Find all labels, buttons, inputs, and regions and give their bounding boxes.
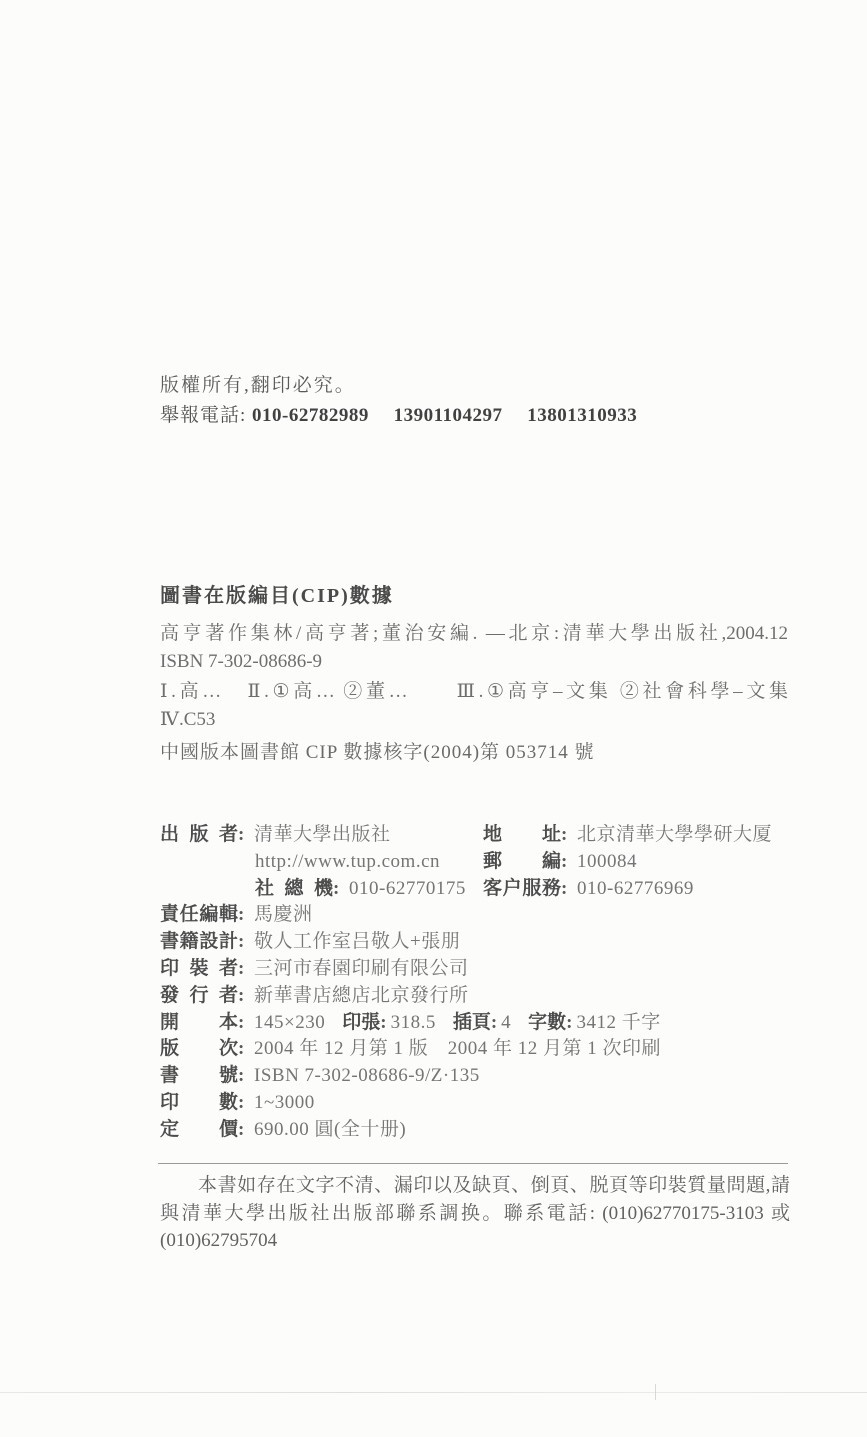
colophon-row-left: 印裝者:三河市春園印刷有限公司 (160, 956, 469, 983)
colophon-value: http://www.tup.com.cn (255, 851, 440, 872)
colophon-value: 010-62776969 (577, 878, 694, 899)
colophon-row-left: 發行者:新華書店總店北京發行所 (160, 983, 469, 1010)
cip-entry-block: 高亨著作集林/高亨著;董治安編. —北京:清華大學出版社,2004.12 ISB… (160, 620, 788, 676)
colophon-label: 責任編輯 (160, 902, 238, 929)
colophon-label: 出版者 (160, 822, 238, 849)
colophon-label: 書籍設計 (160, 929, 238, 956)
scan-artifact-tick (655, 1384, 656, 1400)
colophon-row-left: 開本:145×230印張:318.5插頁:4字數:3412 千字 (160, 1010, 661, 1037)
colophon-colon: : (238, 983, 254, 1010)
colophon-colon: : (238, 1090, 254, 1117)
colophon-colon: : (238, 822, 254, 849)
cip-heading: 圖書在版編目(CIP)數據 (160, 579, 394, 608)
colophon-value: 100084 (577, 851, 637, 872)
quality-notice-line: 與清華大學出版社出版部聯系調换。聯系電話: (010)62770175-3103… (160, 1200, 790, 1228)
colophon-row: http://www.tup.com.cn 郵編:100084 (160, 849, 788, 876)
cip-classification-line: Ⅰ.高… Ⅱ.①高… ②董… Ⅲ.①高亨–文集 ②社會科學–文集 (160, 678, 788, 706)
report-hotline-line: 舉報電話: 010-62782989 13901104297 138013109… (160, 401, 800, 431)
colophon-row: 版次:2004 年 12 月第 1 版 2004 年 12 月第 1 次印刷 (160, 1036, 788, 1063)
scan-artifact-line (0, 1392, 867, 1393)
cip-record-line: 中國版本圖書館 CIP 數據核字(2004)第 053714 號 (160, 737, 595, 764)
copyright-page: 版權所有,翻印必究。 舉報電話: 010-62782989 1390110429… (0, 0, 867, 1437)
colophon-value: 三河市春園印刷有限公司 (254, 958, 469, 979)
colophon-row: 定價:690.00 圓(全十册) (160, 1117, 788, 1144)
colophon-value: 2004 年 12 月第 1 版 2004 年 12 月第 1 次印刷 (254, 1038, 661, 1059)
colophon-row-right: 客户服務:010-62776969 (483, 876, 694, 903)
colophon-row-left: 定價:690.00 圓(全十册) (160, 1117, 406, 1144)
colophon-row: 書籍設計:敬人工作室吕敬人+張朋 (160, 929, 788, 956)
colophon-label: 書號 (160, 1063, 238, 1090)
colophon-colon: : (566, 1012, 572, 1033)
colophon-colon: : (238, 1117, 254, 1144)
colophon-colon: : (561, 849, 577, 876)
colophon-value: 敬人工作室吕敬人+張朋 (254, 931, 460, 952)
colophon-label: 印數 (160, 1090, 238, 1117)
colophon-row: 發行者:新華書店總店北京發行所 (160, 983, 788, 1010)
cip-classification-number: Ⅳ.C53 (160, 706, 788, 734)
colophon-label: 開本 (160, 1010, 238, 1037)
colophon-value: 1~3000 (254, 1092, 315, 1113)
colophon-row-left: 社總機:010-62770175 (160, 876, 466, 903)
colophon-colon: : (333, 876, 349, 903)
colophon-label: 印裝者 (160, 956, 238, 983)
colophon-label: 定價 (160, 1117, 238, 1144)
quality-notice-line: 本書如存在文字不清、漏印以及缺頁、倒頁、脱頁等印裝質量問題,請 (160, 1172, 790, 1200)
colophon-row-left: 書號:ISBN 7-302-08686-9/Z·135 (160, 1063, 480, 1090)
colophon-row: 印數:1~3000 (160, 1090, 788, 1117)
colophon-rows: 出版者:清華大學出版社 地址:北京清華大學學研大厦 http://www.tup… (160, 822, 788, 1144)
colophon-row: 出版者:清華大學出版社 地址:北京清華大學學研大厦 (160, 822, 788, 849)
quality-notice-line: (010)62795704 (160, 1227, 790, 1255)
colophon-label: 版次 (160, 1036, 238, 1063)
colophon-colon: : (561, 876, 577, 903)
colophon-row-right: 地址:北京清華大學學研大厦 (483, 822, 772, 849)
quality-notice-block: 本書如存在文字不清、漏印以及缺頁、倒頁、脱頁等印裝質量問題,請 與清華大學出版社… (160, 1172, 790, 1255)
colophon-value: 馬慶洲 (254, 904, 313, 925)
report-hotline-numbers: 010-62782989 13901104297 13801310933 (252, 405, 637, 426)
colophon-inline-field: 字數:3412 千字 (528, 1012, 661, 1033)
colophon-label: 社總機 (255, 876, 333, 903)
colophon-row-left: http://www.tup.com.cn (160, 849, 440, 876)
colophon-row: 印裝者:三河市春園印刷有限公司 (160, 956, 788, 983)
colophon-colon: : (380, 1012, 386, 1033)
colophon-colon: : (561, 822, 577, 849)
colophon-row-left: 書籍設計:敬人工作室吕敬人+張朋 (160, 929, 460, 956)
colophon-value: 北京清華大學學研大厦 (577, 824, 772, 845)
colophon-label: 字數 (528, 1012, 566, 1033)
colophon-label: 發行者 (160, 983, 238, 1010)
colophon-value: 010-62770175 (349, 878, 466, 899)
copyright-statement: 版權所有,翻印必究。 (160, 371, 800, 401)
cip-classification-block: Ⅰ.高… Ⅱ.①高… ②董… Ⅲ.①高亨–文集 ②社會科學–文集 Ⅳ.C53 (160, 678, 788, 734)
colophon-value: 318.5 (391, 1012, 436, 1033)
cip-entry-line: 高亨著作集林/高亨著;董治安編. —北京:清華大學出版社,2004.12 (160, 620, 788, 648)
colophon-row-left: 出版者:清華大學出版社 (160, 822, 391, 849)
colophon-row-left: 印數:1~3000 (160, 1090, 315, 1117)
colophon-label: 地址 (483, 822, 561, 849)
colophon-row-left: 責任編輯:馬慶洲 (160, 902, 313, 929)
colophon-label: 插頁 (453, 1012, 491, 1033)
colophon-row: 書號:ISBN 7-302-08686-9/Z·135 (160, 1063, 788, 1090)
cip-isbn-line: ISBN 7-302-08686-9 (160, 648, 788, 676)
colophon-row: 社總機:010-62770175 客户服務:010-62776969 (160, 876, 788, 903)
colophon-row-left: 版次:2004 年 12 月第 1 版 2004 年 12 月第 1 次印刷 (160, 1036, 661, 1063)
report-hotline-label: 舉報電話: (160, 405, 252, 426)
colophon-label: 客户服務 (483, 876, 561, 903)
colophon-colon: : (238, 1063, 254, 1090)
colophon-label: 印張 (342, 1012, 380, 1033)
colophon-row: 開本:145×230印張:318.5插頁:4字數:3412 千字 (160, 1010, 788, 1037)
colophon-row: 責任編輯:馬慶洲 (160, 902, 788, 929)
colophon-inline-field: 印張:318.5 (342, 1012, 436, 1033)
divider-rule (158, 1163, 788, 1164)
colophon-colon: : (238, 1036, 254, 1063)
colophon-value: 新華書店總店北京發行所 (254, 985, 469, 1006)
colophon-colon: : (238, 929, 254, 956)
colophon-label: 郵編 (483, 849, 561, 876)
colophon-colon: : (238, 956, 254, 983)
colophon-value: ISBN 7-302-08686-9/Z·135 (254, 1065, 480, 1086)
colophon-value: 145×230 (254, 1012, 325, 1033)
copyright-notice-block: 版權所有,翻印必究。 舉報電話: 010-62782989 1390110429… (160, 371, 800, 431)
colophon-value: 690.00 圓(全十册) (254, 1119, 406, 1140)
colophon-colon: : (238, 1010, 254, 1037)
colophon-value: 3412 千字 (577, 1012, 661, 1033)
colophon-inline-field: 插頁:4 (453, 1012, 511, 1033)
colophon-value: 4 (501, 1012, 511, 1033)
colophon-colon: : (238, 902, 254, 929)
colophon-colon: : (491, 1012, 497, 1033)
colophon-value: 清華大學出版社 (254, 824, 391, 845)
colophon-row-right: 郵編:100084 (483, 849, 637, 876)
